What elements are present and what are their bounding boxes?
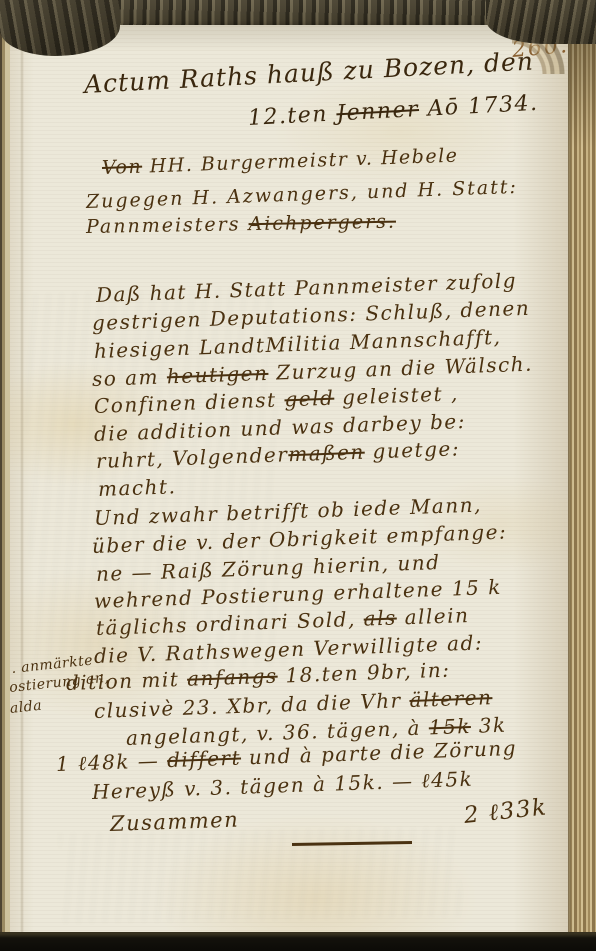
book-tail-shadow xyxy=(0,932,596,951)
struck-text: geld xyxy=(284,386,335,412)
manuscript-photo: 260. Actum Raths hauß zu Bozen, den 12.t… xyxy=(0,0,596,951)
struck-text: als xyxy=(363,606,397,631)
text-segment: geleistet , xyxy=(334,381,459,409)
struck-text: maßen xyxy=(288,440,365,467)
struck-text: Von xyxy=(102,156,143,179)
struck-text: Jenner xyxy=(336,97,420,126)
struck-text: Aichpergers. xyxy=(248,211,396,236)
struck-text: heutigen xyxy=(166,361,268,389)
text-segment: guetge: xyxy=(364,436,460,463)
para1-line-8: macht. xyxy=(98,474,177,501)
struck-text: differt xyxy=(167,746,242,773)
struck-text: anfangs xyxy=(187,664,278,691)
margin-note-line-3: alda xyxy=(9,698,43,717)
text-segment: Pannmeisters xyxy=(86,213,249,238)
text-segment: allein xyxy=(396,603,469,630)
struck-text: 15k xyxy=(428,714,471,739)
text-segment: 3k xyxy=(470,713,507,738)
text-segment: 1 ℓ48k — xyxy=(56,748,168,776)
text-segment: so am xyxy=(92,364,168,391)
page-crease xyxy=(20,24,24,933)
text-segment: 12.ten xyxy=(247,101,337,131)
struck-text: älteren xyxy=(409,685,493,712)
sum-label: Zusammen xyxy=(110,807,240,835)
book-binding-edge xyxy=(0,18,10,951)
text-segment: macht. xyxy=(98,474,177,501)
book-fore-edge xyxy=(568,8,596,951)
